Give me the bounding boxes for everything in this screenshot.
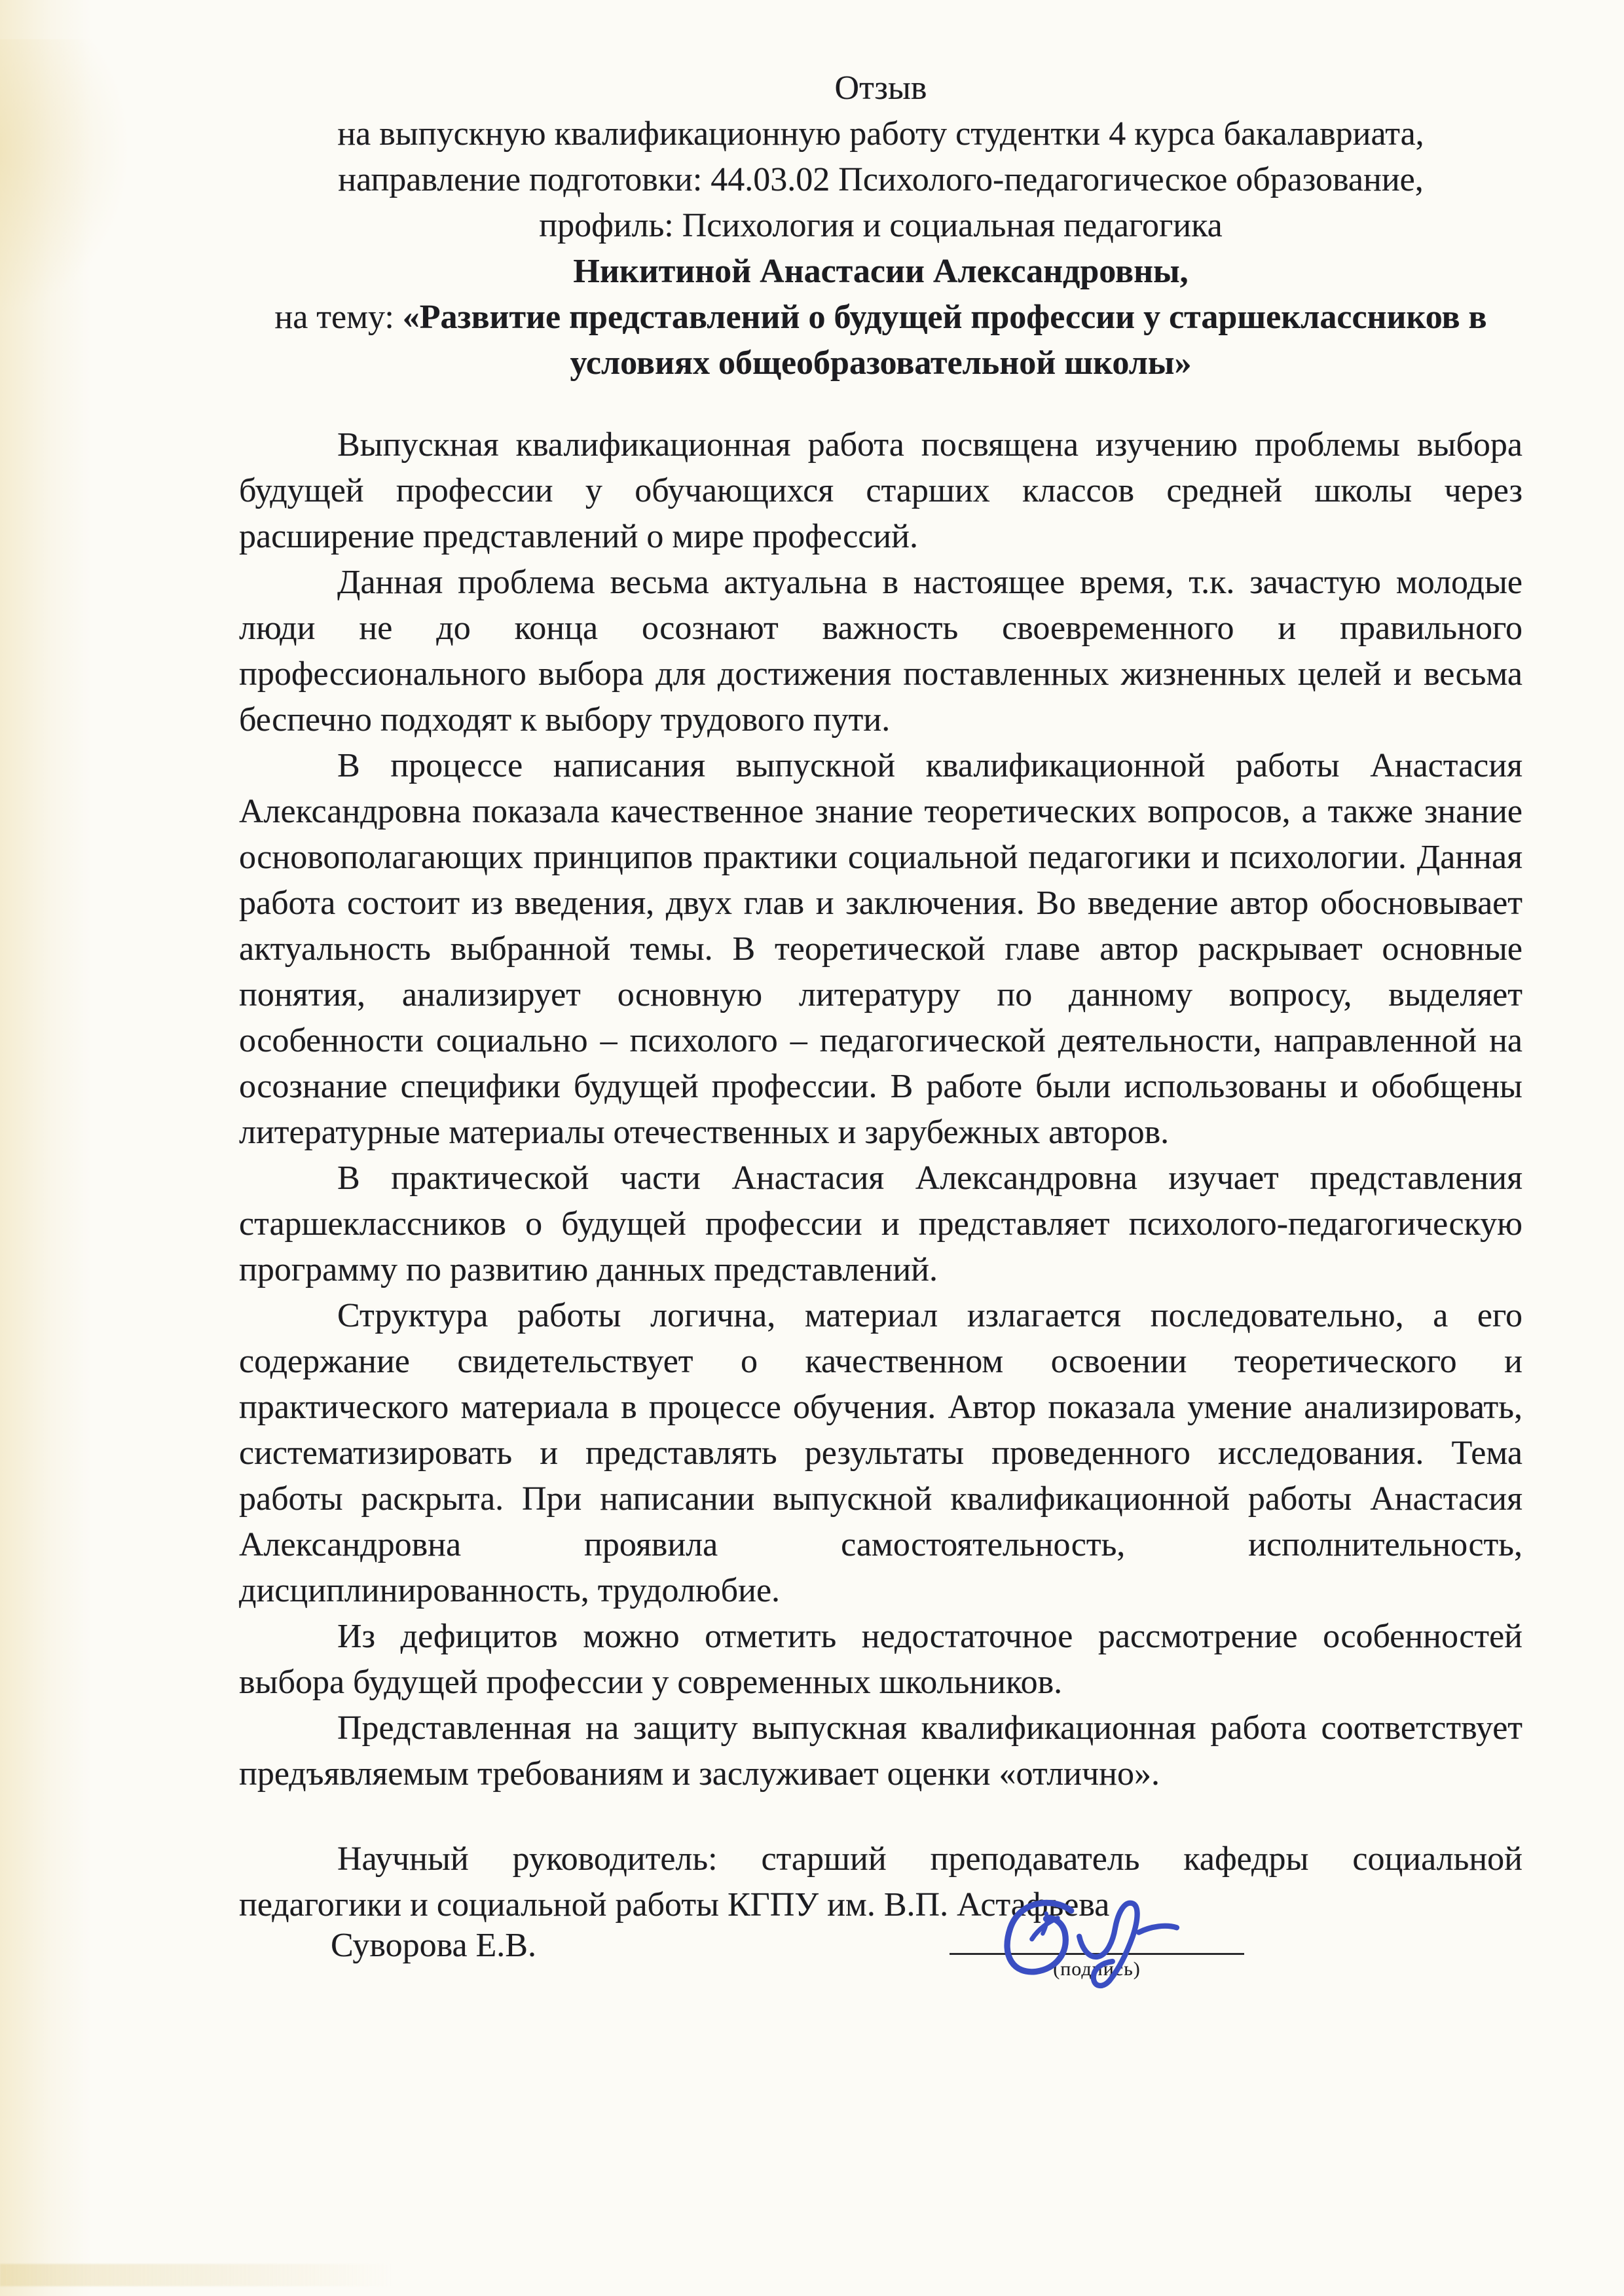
reviewer-name: Суворова Е.В.	[239, 1923, 536, 1969]
signature-row: Суворова Е.В. (подпись)	[239, 1923, 1522, 1982]
document-body: Выпускная квалификационная работа посвящ…	[239, 422, 1522, 1797]
header-line-text: «Развитие представлений о будущей профес…	[403, 299, 1487, 336]
signature-line	[950, 1953, 1244, 1955]
document-header: Отзыв на выпускную квалификационную рабо…	[239, 65, 1522, 386]
body-line: Данная проблема весьма актуальна в насто…	[239, 560, 1522, 606]
body-line: старшеклассников о будущей профессии и п…	[239, 1201, 1522, 1247]
body-line: понятия, анализирует основную литературу…	[239, 972, 1522, 1018]
body-line: Из дефицитов можно отметить недостаточно…	[239, 1614, 1522, 1660]
scanned-review-page: Отзыв на выпускную квалификационную рабо…	[0, 0, 1624, 2296]
supervisor-paragraph: Научный руководитель: старший преподават…	[239, 1836, 1522, 1928]
body-line: Александровна проявила самостоятельность…	[239, 1522, 1522, 1568]
header-line: профиль: Психология и социальная педагог…	[239, 203, 1522, 249]
header-line-text: профиль: Психология и социальная педагог…	[539, 207, 1222, 244]
scan-bottom-artifact	[0, 2264, 393, 2286]
header-line-text: на выпускную квалификационную работу сту…	[337, 115, 1424, 153]
body-line: профессионального выбора для достижения …	[239, 651, 1522, 697]
body-line: расширение представлений о мире професси…	[239, 514, 1522, 560]
document-title: Отзыв	[239, 65, 1522, 111]
document-content: Отзыв на выпускную квалификационную рабо…	[0, 0, 1624, 1982]
header-line: условиях общеобразовательной школы»	[239, 340, 1522, 386]
header-line-text: направление подготовки: 44.03.02 Психоло…	[338, 161, 1423, 198]
header-line: Никитиной Анастасии Александровны,	[239, 249, 1522, 295]
body-line: В процессе написания выпускной квалифика…	[239, 743, 1522, 789]
signature-caption: (подпись)	[950, 1956, 1244, 1982]
body-line: работы раскрыта. При написании выпускной…	[239, 1476, 1522, 1522]
body-line: предъявляемым требованиям и заслуживает …	[239, 1751, 1522, 1797]
header-line-text: Никитиной Анастасии Александровны,	[573, 253, 1188, 290]
header-line: на тему: «Развитие представлений о будущ…	[239, 295, 1522, 340]
header-line: на выпускную квалификационную работу сту…	[239, 111, 1522, 157]
body-line: практического материала в процессе обуче…	[239, 1385, 1522, 1430]
body-line: выбора будущей профессии у современных ш…	[239, 1660, 1522, 1705]
body-line: Представленная на защиту выпускная квали…	[239, 1705, 1522, 1751]
body-line: дисциплинированность, трудолюбие.	[239, 1568, 1522, 1614]
signature-section: Научный руководитель: старший преподават…	[239, 1836, 1522, 1982]
body-line: основополагающих принципов практики соци…	[239, 835, 1522, 881]
header-lines: на выпускную квалификационную работу сту…	[239, 111, 1522, 386]
body-line: содержание свидетельствует о качественно…	[239, 1339, 1522, 1385]
supervisor-line: педагогики и социальной работы КГПУ им. …	[239, 1882, 1522, 1928]
body-line: В практической части Анастасия Александр…	[239, 1156, 1522, 1201]
body-line: Структура работы логична, материал излаг…	[239, 1293, 1522, 1339]
supervisor-line: Научный руководитель: старший преподават…	[239, 1836, 1522, 1882]
signature-area: (подпись)	[950, 1923, 1244, 1982]
header-line: направление подготовки: 44.03.02 Психоло…	[239, 157, 1522, 203]
header-line-prefix: на тему:	[274, 299, 402, 336]
body-line: актуальность выбранной темы. В теоретиче…	[239, 926, 1522, 972]
body-line: работа состоит из введения, двух глав и …	[239, 881, 1522, 926]
body-line: осознание специфики будущей профессии. В…	[239, 1064, 1522, 1110]
body-line: Александровна показала качественное знан…	[239, 789, 1522, 835]
body-line: будущей профессии у обучающихся старших …	[239, 468, 1522, 514]
header-line-text: условиях общеобразовательной школы»	[570, 344, 1192, 382]
body-line: литературные материалы отечественных и з…	[239, 1110, 1522, 1156]
body-line: особенности социально – психолого – педа…	[239, 1018, 1522, 1064]
body-line: Выпускная квалификационная работа посвящ…	[239, 422, 1522, 468]
body-line: программу по развитию данных представлен…	[239, 1247, 1522, 1293]
body-line: систематизировать и представлять результ…	[239, 1430, 1522, 1476]
body-line: беспечно подходят к выбору трудового пут…	[239, 697, 1522, 743]
body-line: люди не до конца осознают важность своев…	[239, 606, 1522, 651]
